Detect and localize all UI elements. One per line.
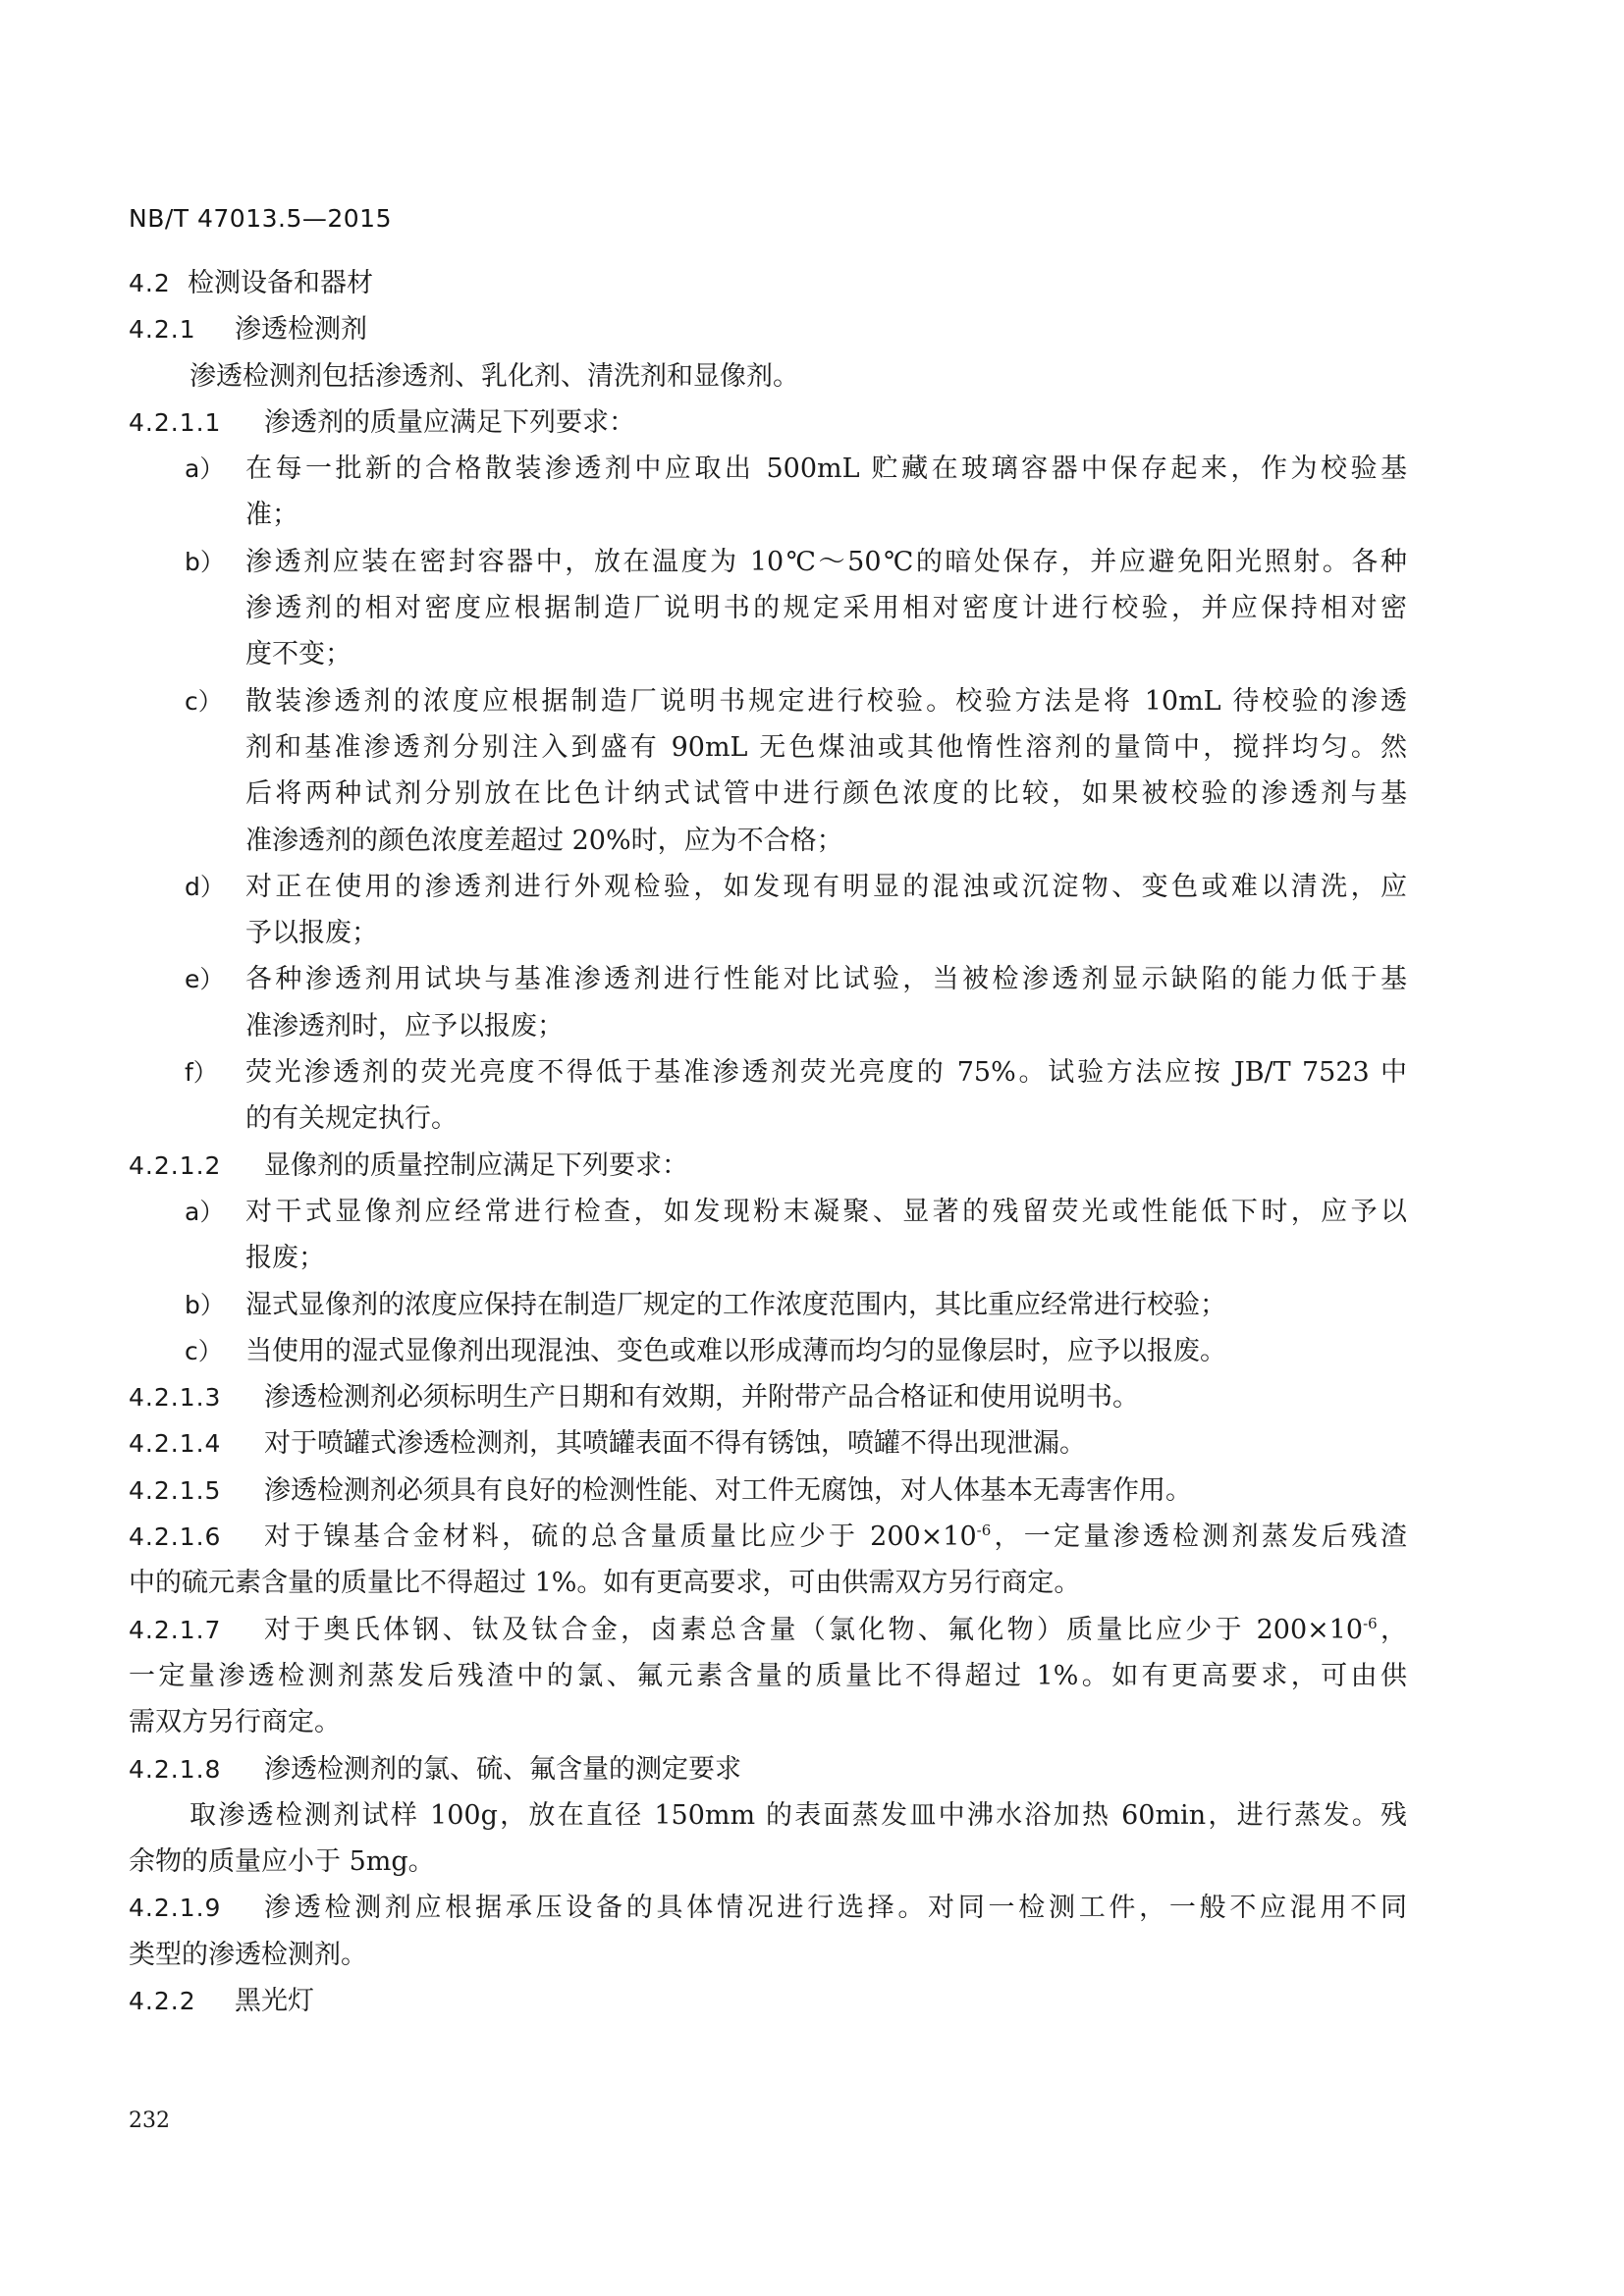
list-text: 散装渗透剂的浓度应根据制造厂说明书规定进行校验。校验方法是将 10mL 待校验的… [245,678,1407,724]
clause-number: 4.2.1.9 [129,1885,264,1931]
clause-text: 渗透检测剂必须具有良好的检测性能、对工件无腐蚀，对人体基本无毒害作用。 [264,1475,1192,1506]
list-label: a） [185,446,245,492]
clause-text: 渗透检测剂必须标明生产日期和有效期，并附带产品合格证和使用说明书。 [264,1382,1139,1413]
list-label: f） [185,1049,245,1095]
clause-4-2-1-2-heading: 4.2.1.2显像剂的质量控制应满足下列要求： [129,1143,1407,1189]
list-text: 对干式显像剂应经常进行检查，如发现粉末凝聚、显著的残留荧光或性能低下时，应予以 [245,1189,1407,1235]
clause-text: 一定量渗透检测剂蒸发后残渣中的氯、氟元素含量的质量比不得超过 1%。如有更高要求… [129,1653,1407,1699]
list-item-a: a）在每一批新的合格散装渗透剂中应取出 500mL 贮藏在玻璃容器中保存起来，作… [129,446,1407,492]
section-4-2-heading: 4.2检测设备和器材 [129,260,1407,306]
list-item-continuation: 予以报废； [129,910,1407,956]
list-item-continuation: 准； [129,492,1407,538]
list-item-continuation: 报废； [129,1235,1407,1281]
clause-continuation: 中的硫元素含量的质量比不得超过 1%。如有更高要求，可由供需双方另行商定。 [129,1560,1407,1606]
list-label: c） [185,1328,245,1374]
list-item-continuation: 准渗透剂的颜色浓度差超过 20%时，应为不合格； [129,818,1407,864]
list-text: 荧光渗透剂的荧光亮度不得低于基准渗透剂荧光亮度的 75%。试验方法应按 JB/T… [245,1049,1407,1095]
list-label: d） [185,864,245,910]
list-text: 剂和基准渗透剂分别注入到盛有 90mL 无色煤油或其他惰性溶剂的量筒中，搅拌均匀… [245,724,1407,771]
list-text: 渗透剂应装在密封容器中，放在温度为 10℃～50℃的暗处保存，并应避免阳光照射。… [245,539,1407,585]
clause-text: 取渗透检测剂试样 100g，放在直径 150mm 的表面蒸发皿中沸水浴加热 60… [189,1792,1407,1839]
list-item-continuation: 的有关规定执行。 [129,1095,1407,1142]
clause-text-part: 对于镍基合金材料，硫的总含量质量比应少于 200×10 [264,1522,977,1552]
list-item-c: c）散装渗透剂的浓度应根据制造厂说明书规定进行校验。校验方法是将 10mL 待校… [129,678,1407,724]
clause-number: 4.2.1.2 [129,1143,264,1189]
clause-continuation: 余物的质量应小于 5mg。 [129,1839,1407,1885]
list-text: 对正在使用的渗透剂进行外观检验，如发现有明显的混浊或沉淀物、变色或难以清洗，应 [245,864,1407,910]
clause-number: 4.2.1.8 [129,1746,264,1792]
clause-continuation: 需双方另行商定。 [129,1699,1407,1745]
clause-text-part: 对于奥氏体钢、钛及钛合金，卤素总含量（氯化物、氟化物）质量比应少于 200×10 [264,1615,1363,1645]
section-number: 4.2.2 [129,1978,235,2024]
list-item-continuation: 渗透剂的相对密度应根据制造厂说明书的规定采用相对密度计进行校验，并应保持相对密 [129,585,1407,631]
document-page: NB/T 47013.5—2015 4.2检测设备和器材 4.2.1渗透检测剂 … [0,0,1624,2296]
list-text: 当使用的湿式显像剂出现混浊、变色或难以形成薄而均匀的显像层时，应予以报废。 [245,1328,1407,1374]
list-text: 各种渗透剂用试块与基准渗透剂进行性能对比试验，当被检渗透剂显示缺陷的能力低于基 [245,956,1407,1002]
section-4-2-1-body: 渗透检测剂包括渗透剂、乳化剂、清洗剂和显像剂。 [129,353,1407,400]
list-item-b: b）湿式显像剂的浓度应保持在制造厂规定的工作浓度范围内，其比重应经常进行校验； [129,1282,1407,1328]
clause-number: 4.2.1.3 [129,1374,264,1420]
list-text: 湿式显像剂的浓度应保持在制造厂规定的工作浓度范围内，其比重应经常进行校验； [245,1282,1407,1328]
clause-title: 渗透剂的质量应满足下列要求： [264,407,635,438]
clause-4-2-1-9: 4.2.1.9渗透检测剂应根据承压设备的具体情况进行选择。对同一检测工件，一般不… [129,1885,1407,1931]
clause-text: 渗透检测剂应根据承压设备的具体情况进行选择。对同一检测工件，一般不应混用不同 [264,1885,1407,1931]
clause-continuation: 一定量渗透检测剂蒸发后残渣中的氯、氟元素含量的质量比不得超过 1%。如有更高要求… [129,1653,1407,1699]
list-label: b） [185,1282,245,1328]
clause-text-part: ，一定量渗透检测剂蒸发后残渣 [991,1522,1407,1552]
section-title: 检测设备和器材 [188,268,373,298]
clause-text-part: ， [1378,1615,1407,1645]
clause-body: 取渗透检测剂试样 100g，放在直径 150mm 的表面蒸发皿中沸水浴加热 60… [129,1792,1407,1839]
clause-4-2-1-6: 4.2.1.6对于镍基合金材料，硫的总含量质量比应少于 200×10-6，一定量… [129,1514,1407,1560]
page-number: 232 [129,2109,170,2133]
document-body: 4.2检测设备和器材 4.2.1渗透检测剂 渗透检测剂包括渗透剂、乳化剂、清洗剂… [129,260,1407,2024]
clause-title: 渗透检测剂的氯、硫、氟含量的测定要求 [264,1754,741,1785]
standard-code-header: NB/T 47013.5—2015 [129,204,392,233]
clause-4-2-1-3: 4.2.1.3渗透检测剂必须标明生产日期和有效期，并附带产品合格证和使用说明书。 [129,1374,1407,1420]
section-title: 黑光灯 [235,1986,314,2016]
clause-text: 对于镍基合金材料，硫的总含量质量比应少于 200×10-6，一定量渗透检测剂蒸发… [264,1514,1407,1560]
list-item-c: c）当使用的湿式显像剂出现混浊、变色或难以形成薄而均匀的显像层时，应予以报废。 [129,1328,1407,1374]
list-item-d: d）对正在使用的渗透剂进行外观检验，如发现有明显的混浊或沉淀物、变色或难以清洗，… [129,864,1407,910]
list-item-b: b）渗透剂应装在密封容器中，放在温度为 10℃～50℃的暗处保存，并应避免阳光照… [129,539,1407,585]
section-4-2-2-heading: 4.2.2黑光灯 [129,1978,1407,2024]
clause-4-2-1-5: 4.2.1.5渗透检测剂必须具有良好的检测性能、对工件无腐蚀，对人体基本无毒害作… [129,1468,1407,1514]
list-item-f: f）荧光渗透剂的荧光亮度不得低于基准渗透剂荧光亮度的 75%。试验方法应按 JB… [129,1049,1407,1095]
list-item-continuation: 度不变； [129,631,1407,677]
clause-number: 4.2.1.5 [129,1468,264,1514]
list-item-continuation: 准渗透剂时，应予以报废； [129,1003,1407,1049]
clause-4-2-1-1-heading: 4.2.1.1渗透剂的质量应满足下列要求： [129,400,1407,446]
section-number: 4.2 [129,260,188,306]
clause-text: 对于喷罐式渗透检测剂，其喷罐表面不得有锈蚀，喷罐不得出现泄漏。 [264,1428,1086,1459]
clause-4-2-1-7: 4.2.1.7对于奥氏体钢、钛及钛合金，卤素总含量（氯化物、氟化物）质量比应少于… [129,1607,1407,1653]
clause-number: 4.2.1.1 [129,400,264,446]
section-4-2-1-heading: 4.2.1渗透检测剂 [129,306,1407,352]
list-text: 后将两种试剂分别放在比色计纳式试管中进行颜色浓度的比较，如果被校验的渗透剂与基 [245,771,1407,817]
clause-4-2-1-8-heading: 4.2.1.8渗透检测剂的氯、硫、氟含量的测定要求 [129,1746,1407,1792]
list-label: c） [185,678,245,724]
list-label: e） [185,956,245,1002]
list-label: b） [185,539,245,585]
clause-number: 4.2.1.4 [129,1420,264,1467]
superscript-exponent: -6 [977,1522,992,1539]
clause-4-2-1-4: 4.2.1.4对于喷罐式渗透检测剂，其喷罐表面不得有锈蚀，喷罐不得出现泄漏。 [129,1420,1407,1467]
clause-number: 4.2.1.7 [129,1607,264,1653]
list-text: 渗透剂的相对密度应根据制造厂说明书的规定采用相对密度计进行校验，并应保持相对密 [245,585,1407,631]
list-text: 在每一批新的合格散装渗透剂中应取出 500mL 贮藏在玻璃容器中保存起来，作为校… [245,446,1407,492]
section-number: 4.2.1 [129,306,235,352]
clause-text: 对于奥氏体钢、钛及钛合金，卤素总含量（氯化物、氟化物）质量比应少于 200×10… [264,1607,1407,1653]
clause-continuation: 类型的渗透检测剂。 [129,1932,1407,1978]
list-item-a: a）对干式显像剂应经常进行检查，如发现粉末凝聚、显著的残留荧光或性能低下时，应予… [129,1189,1407,1235]
section-title: 渗透检测剂 [235,314,367,345]
list-item-continuation: 后将两种试剂分别放在比色计纳式试管中进行颜色浓度的比较，如果被校验的渗透剂与基 [129,771,1407,817]
list-item-e: e）各种渗透剂用试块与基准渗透剂进行性能对比试验，当被检渗透剂显示缺陷的能力低于… [129,956,1407,1002]
clause-title: 显像剂的质量控制应满足下列要求： [264,1150,688,1181]
list-item-continuation: 剂和基准渗透剂分别注入到盛有 90mL 无色煤油或其他惰性溶剂的量筒中，搅拌均匀… [129,724,1407,771]
list-label: a） [185,1189,245,1235]
clause-number: 4.2.1.6 [129,1514,264,1560]
superscript-exponent: -6 [1363,1615,1378,1632]
